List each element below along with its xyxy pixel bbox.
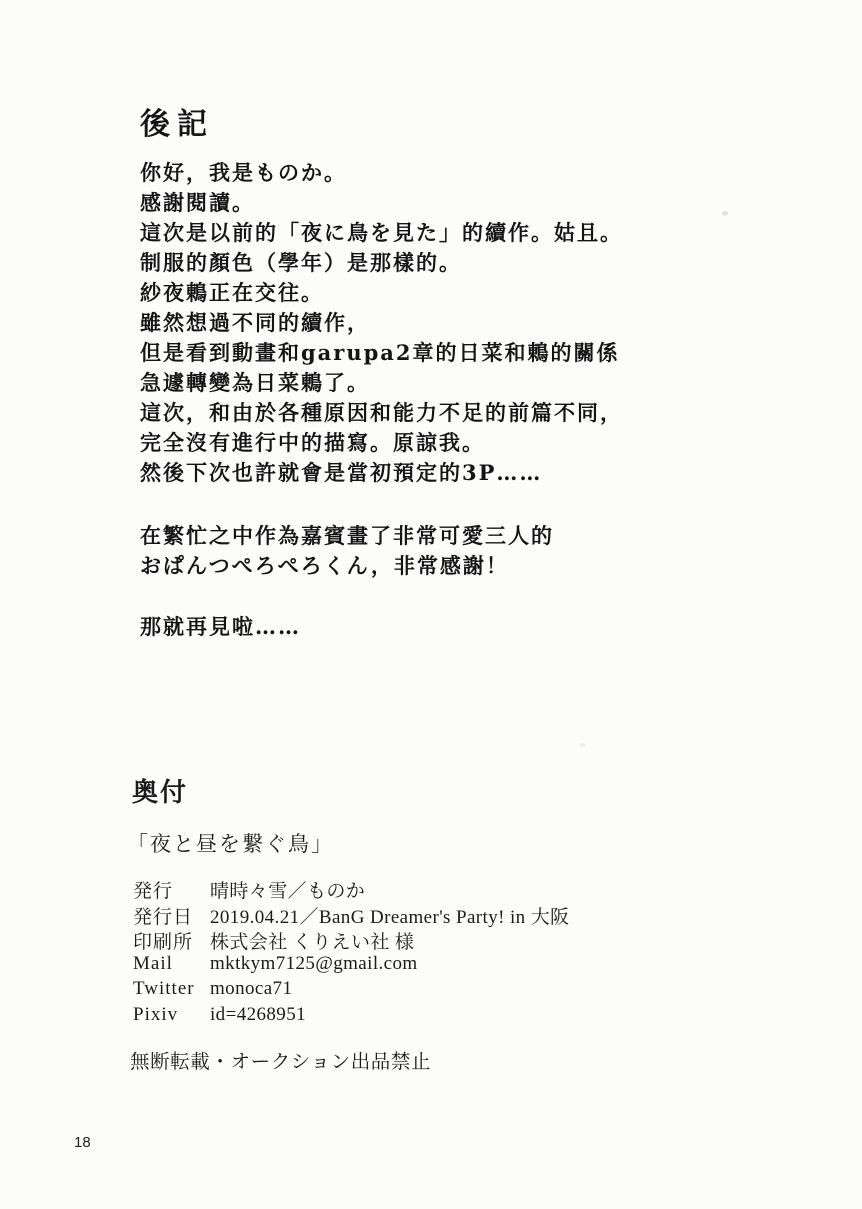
colophon-row-mail: Mail mktkym7125@gmail.com xyxy=(133,953,570,979)
colophon-row-pixiv: Pixiv id=4268951 xyxy=(133,1004,570,1030)
colophon-label: 発行 xyxy=(133,876,210,903)
afterword-line: 完全沒有進行中的描寫。原諒我。 xyxy=(140,428,623,458)
afterword-line: おぱんつぺろぺろくん，非常感謝！ xyxy=(140,551,554,581)
page-number: 18 xyxy=(74,1134,91,1151)
scanned-afterword-page: 後記 你好，我是ものか。 感謝閱讀。 這次是以前的「夜に鳥を見た」的續作。姑且。… xyxy=(0,0,862,1209)
colophon-row-twitter: Twitter monoca71 xyxy=(133,978,570,1004)
afterword-line: 但是看到動畫和garupa2章的日菜和鶇的關係 xyxy=(140,338,623,368)
afterword-heading: 後記 xyxy=(140,99,214,143)
book-title: 「夜と昼を繋ぐ鳥」 xyxy=(127,828,334,858)
afterword-line: 急遽轉變為日菜鶇了。 xyxy=(140,368,623,398)
colophon-label: Twitter xyxy=(133,978,210,1000)
colophon-row-publisher: 発行 晴時々雪／ものか xyxy=(133,876,570,902)
afterword-line: 然後下次也許就會是當初預定的3P…… xyxy=(140,458,623,488)
colophon-heading: 奥付 xyxy=(132,772,188,809)
colophon-value: id=4268951 xyxy=(210,1004,306,1026)
afterword-line: 雖然想過不同的續作， xyxy=(140,308,623,338)
colophon-row-printer: 印刷所 株式会社 くりえい社 様 xyxy=(133,927,570,953)
afterword-line: 那就再見啦…… xyxy=(140,612,301,642)
scan-speck xyxy=(722,211,728,216)
afterword-line: 紗夜鶇正在交往。 xyxy=(140,278,623,308)
colophon-value: mktkym7125@gmail.com xyxy=(210,953,418,975)
colophon-label: Pixiv xyxy=(133,1004,210,1026)
colophon-label: 印刷所 xyxy=(133,927,210,954)
colophon-value: 晴時々雪／ものか xyxy=(210,876,365,903)
copyright-notice: 無断転載・オークション出品禁止 xyxy=(130,1046,431,1074)
afterword-line: 感謝閱讀。 xyxy=(140,188,623,218)
colophon-label: 発行日 xyxy=(133,902,210,929)
colophon-table: 発行 晴時々雪／ものか 発行日 2019.04.21／BanG Dreamer'… xyxy=(133,876,570,1029)
afterword-paragraph-3: 那就再見啦…… xyxy=(140,612,301,642)
colophon-row-publication-date: 発行日 2019.04.21／BanG Dreamer's Party! in … xyxy=(133,902,570,928)
afterword-line: 這次是以前的「夜に鳥を見た」的續作。姑且。 xyxy=(140,218,623,248)
afterword-line: 這次，和由於各種原因和能力不足的前篇不同， xyxy=(140,398,623,428)
colophon-value: 株式会社 くりえい社 様 xyxy=(210,927,414,954)
afterword-paragraph-1: 你好，我是ものか。 感謝閱讀。 這次是以前的「夜に鳥を見た」的續作。姑且。 制服… xyxy=(140,158,623,488)
colophon-label: Mail xyxy=(133,953,210,975)
afterword-line: 在繁忙之中作為嘉賓畫了非常可愛三人的 xyxy=(140,521,554,551)
colophon-value: monoca71 xyxy=(210,978,292,1000)
scan-speck xyxy=(580,743,585,747)
colophon-value: 2019.04.21／BanG Dreamer's Party! in 大阪 xyxy=(210,902,570,929)
afterword-paragraph-2: 在繁忙之中作為嘉賓畫了非常可愛三人的 おぱんつぺろぺろくん，非常感謝！ xyxy=(140,521,554,581)
afterword-line: 制服的顏色（學年）是那樣的。 xyxy=(140,248,623,278)
afterword-line: 你好，我是ものか。 xyxy=(140,158,623,188)
